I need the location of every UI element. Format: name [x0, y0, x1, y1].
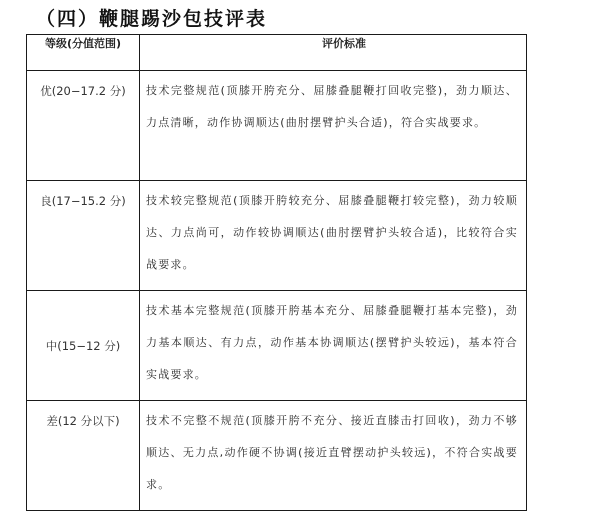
criteria-cell: 技术较完整规范(顶膝开胯较充分、屈膝叠腿鞭打较完整)，劲力较顺达、力点尚可，动作… — [140, 181, 527, 291]
grade-cell: 优(20−17.2 分) — [27, 71, 140, 181]
table-row: 良(17−15.2 分) 技术较完整规范(顶膝开胯较充分、屈膝叠腿鞭打较完整)，… — [27, 181, 527, 291]
grade-cell: 良(17−15.2 分) — [27, 181, 140, 291]
table-row: 差(12 分以下) 技术不完整不规范(顶膝开胯不充分、接近直膝击打回收)，劲力不… — [27, 401, 527, 511]
evaluation-table: 等级(分值范围) 评价标准 优(20−17.2 分) 技术完整规范(顶膝开胯充分… — [26, 34, 527, 511]
document-title: （四）鞭腿踢沙包技评表 — [36, 4, 267, 31]
table-header-row: 等级(分值范围) 评价标准 — [27, 35, 527, 71]
criteria-cell: 技术基本完整规范(顶膝开胯基本充分、屈膝叠腿鞭打基本完整)，劲力基本顺达、有力点… — [140, 291, 527, 401]
header-criteria: 评价标准 — [140, 35, 527, 71]
grade-cell: 中(15−12 分) — [27, 291, 140, 401]
criteria-cell: 技术不完整不规范(顶膝开胯不充分、接近直膝击打回收)，劲力不够顺达、无力点,动作… — [140, 401, 527, 511]
table-row: 中(15−12 分) 技术基本完整规范(顶膝开胯基本充分、屈膝叠腿鞭打基本完整)… — [27, 291, 527, 401]
criteria-cell: 技术完整规范(顶膝开胯充分、屈膝叠腿鞭打回收完整)，劲力顺达、力点清晰，动作协调… — [140, 71, 527, 181]
table-row: 优(20−17.2 分) 技术完整规范(顶膝开胯充分、屈膝叠腿鞭打回收完整)，劲… — [27, 71, 527, 181]
header-grade: 等级(分值范围) — [27, 35, 140, 71]
grade-cell: 差(12 分以下) — [27, 401, 140, 511]
